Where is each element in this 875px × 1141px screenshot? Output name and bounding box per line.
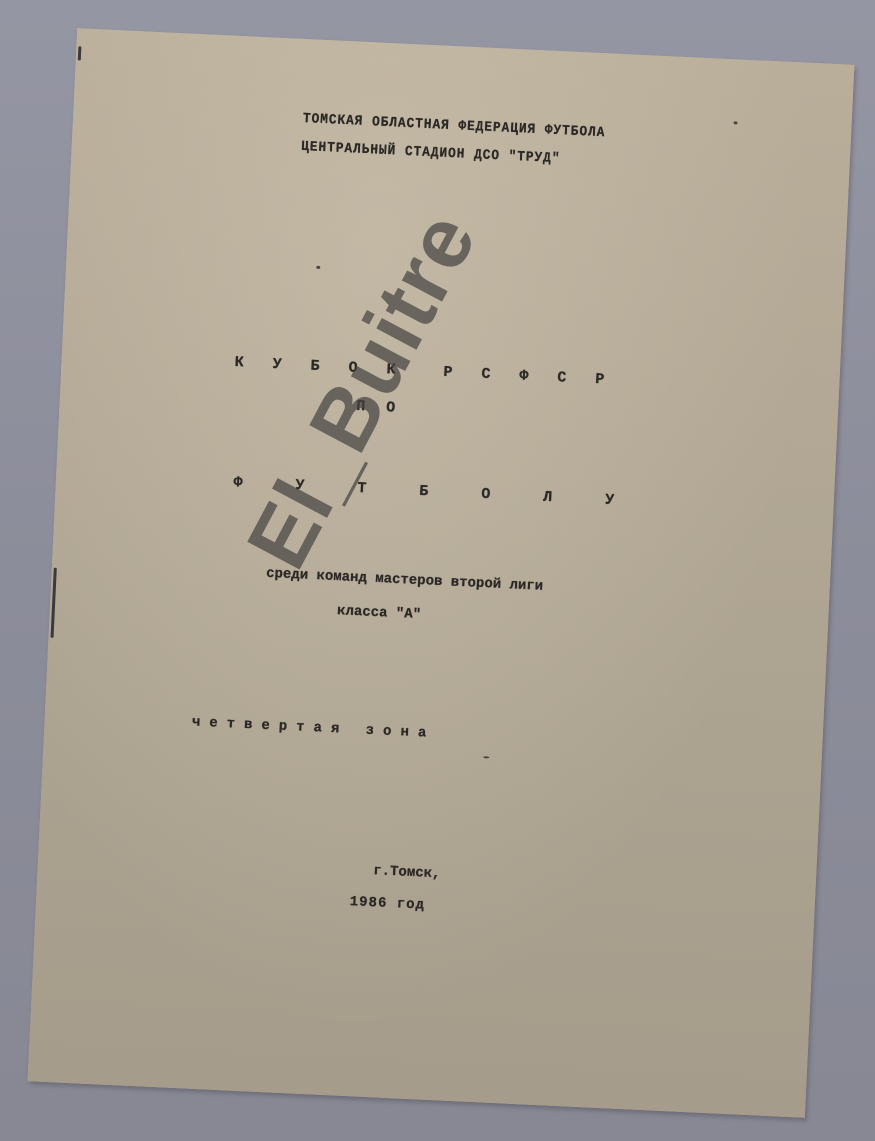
paper-speck xyxy=(316,266,320,269)
paper-speck xyxy=(483,756,489,758)
paper-speck xyxy=(733,121,737,124)
zone-label: четвертая зона xyxy=(0,702,702,755)
program-cover-sheet: ТОМСКАЯ ОБЛАСТНАЯ ФЕДЕРАЦИЯ ФУТБОЛА ЦЕНТ… xyxy=(28,28,855,1117)
title-football: Ф У Т Б О Л У xyxy=(46,465,824,519)
staple-mark-top xyxy=(78,46,82,60)
